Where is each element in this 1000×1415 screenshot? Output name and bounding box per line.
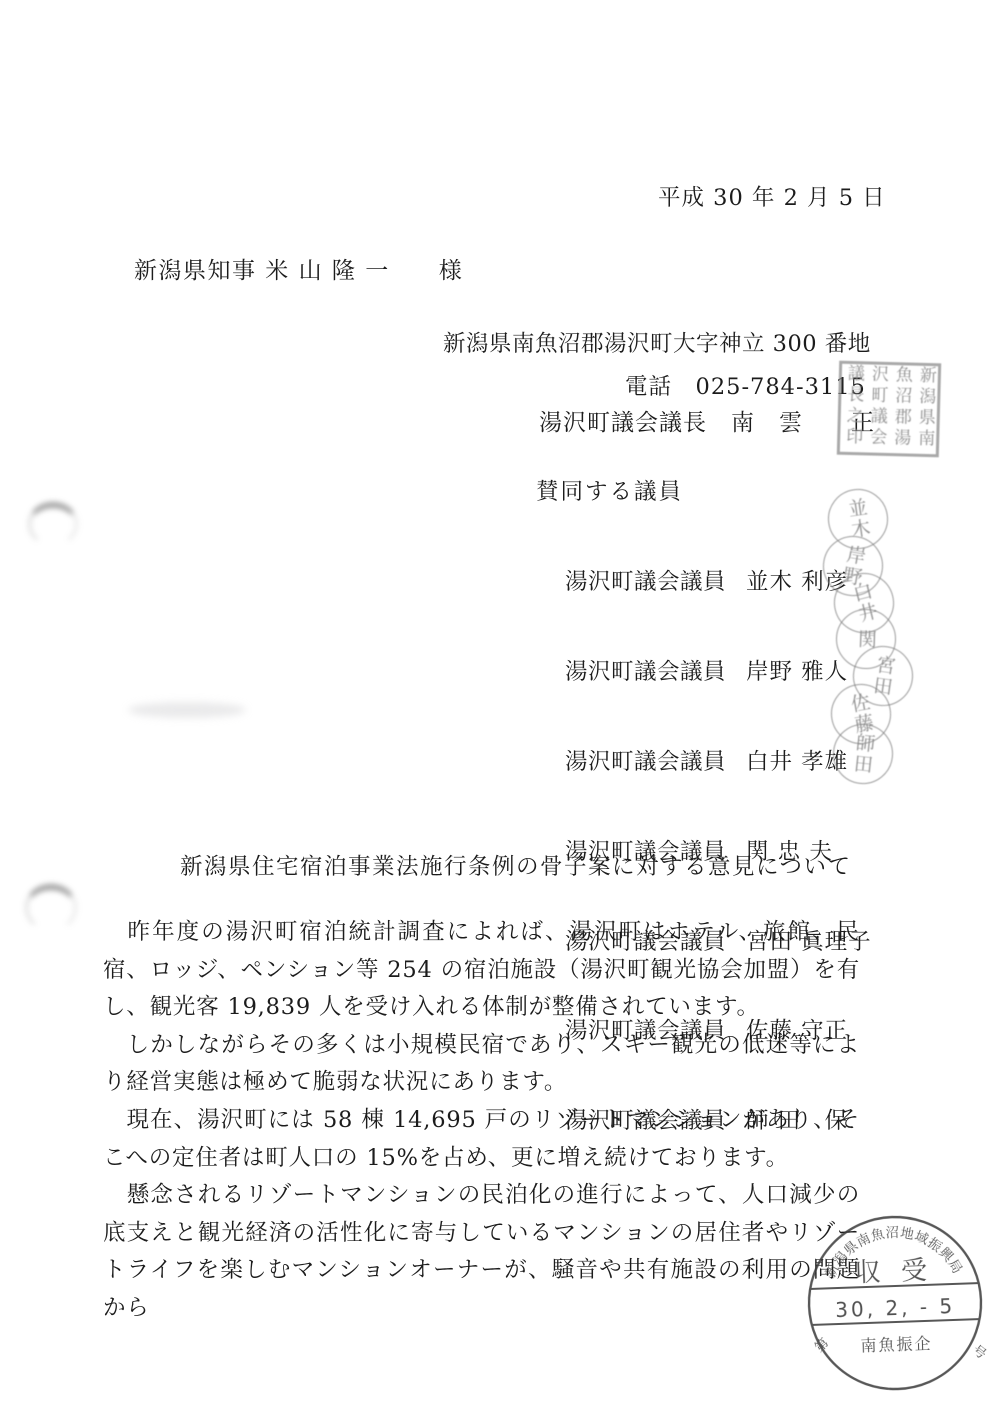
- recipient-name: 新潟県知事 米 山 隆 一 様: [134, 252, 463, 285]
- stamp-label: 収 受: [854, 1256, 933, 1289]
- receipt-stamp: 新潟県南魚沼地域振興局 収 受 30, 2, - 5 南魚振企 第 号: [795, 1207, 996, 1399]
- stamp-right-char: 号: [969, 1343, 988, 1363]
- member-seal-text: 師田: [851, 732, 875, 776]
- document-body: 昨年度の湯沢町宿泊統計調査によれば、湯沢町はホテル、旅館、民宿、ロッジ、ペンショ…: [103, 914, 860, 1328]
- member-title: 湯沢町議会議員: [565, 564, 726, 596]
- sender-chairman: 湯沢町議会議長 南 雲 正: [539, 404, 875, 437]
- document-subject: 新潟県住宅宿泊事業法施行条例の骨子案に対する意見について: [180, 849, 852, 881]
- member-name: 岸野 雅人: [746, 654, 848, 686]
- sender-phone: 電話 025-784-3115: [625, 369, 866, 401]
- supporter-row: 湯沢町議会議員 岸野 雅人: [565, 651, 872, 689]
- body-paragraph: 懸念されるリゾートマンションの民泊化の進行によって、人口減少の底支えと観光経済の…: [103, 1177, 860, 1327]
- scan-smudge: [128, 702, 246, 718]
- member-title: 湯沢町議会議員: [565, 654, 726, 686]
- supporter-row: 湯沢町議会議員 白井 孝雄: [565, 741, 872, 779]
- stamp-date: 30, 2, - 5: [835, 1294, 956, 1322]
- stamp-office: 南魚振企: [860, 1334, 933, 1356]
- member-seal-text: 並木: [845, 497, 871, 541]
- body-paragraph: 昨年度の湯沢町宿泊統計調査によれば、湯沢町はホテル、旅館、民宿、ロッジ、ペンショ…: [103, 914, 860, 1027]
- member-title: 湯沢町議会議員: [565, 744, 726, 776]
- chairman-official-seal: 新潟県南魚沼郡湯沢町議会議長之印: [837, 361, 941, 458]
- punch-hole-shadow: [28, 502, 78, 546]
- supporters-heading: 賛同する議員: [536, 474, 683, 506]
- sender-address: 新潟県南魚沼郡湯沢町大字神立 300 番地: [443, 326, 871, 358]
- body-paragraph: 現在、湯沢町には 58 棟 14,695 戸のリゾートマンションがあり、そこへの…: [103, 1102, 860, 1177]
- stamp-left-char: 第: [812, 1336, 832, 1356]
- punch-hole-shadow: [25, 884, 77, 931]
- body-paragraph: しかしながらその多くは小規模民宿であり、スキー観光の低迷等により経営実態は極めて…: [103, 1027, 860, 1102]
- document-date: 平成 30 年 2 月 5 日: [658, 180, 886, 212]
- document-page: 平成 30 年 2 月 5 日 新潟県知事 米 山 隆 一 様 新潟県南魚沼郡湯…: [0, 0, 1000, 1415]
- chairman-seal-text: 新潟県南魚沼郡湯沢町議会議長之印: [840, 364, 938, 454]
